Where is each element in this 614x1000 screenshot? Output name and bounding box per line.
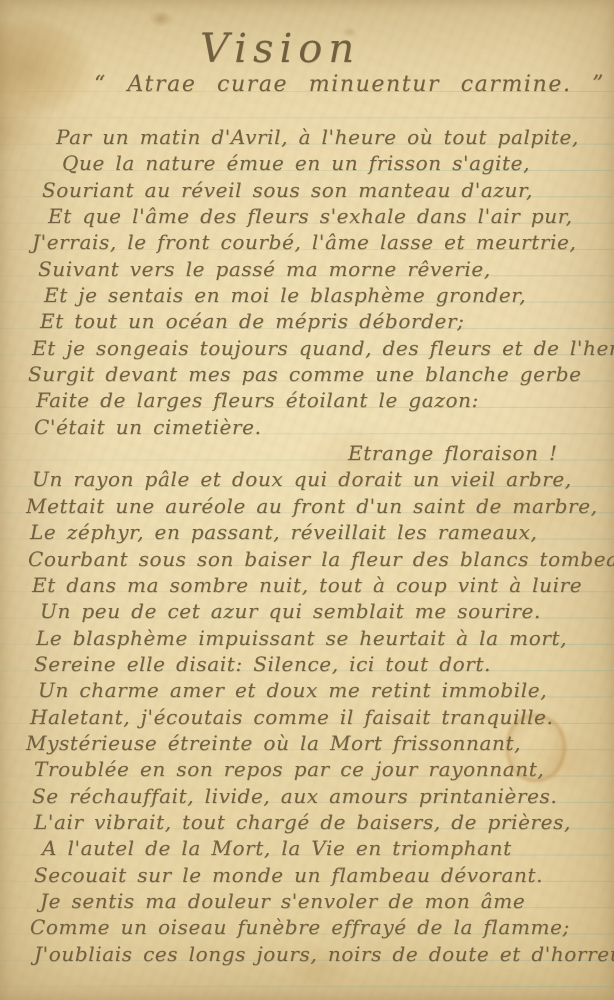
poem-title: Vision [200, 26, 360, 72]
manuscript-page: Vision “ Atrae curae minuentur carmine. … [0, 0, 614, 1000]
poem-line: Mettait une auréole au front d'un saint … [18, 493, 610, 519]
poem-line: Et que l'âme des fleurs s'exhale dans l'… [18, 203, 610, 229]
poem-line: Et tout un océan de mépris déborder; [18, 308, 610, 334]
poem-line: Un peu de cet azur qui semblait me souri… [18, 598, 610, 624]
poem-line: Par un matin d'Avril, à l'heure où tout … [18, 124, 610, 150]
poem-line: Sereine elle disait: Silence, ici tout d… [18, 651, 610, 677]
poem-line: Et je sentais en moi le blasphème gronde… [18, 282, 610, 308]
poem-line: Souriant au réveil sous son manteau d'az… [18, 177, 610, 203]
poem-line: Troublée en son repos par ce jour rayonn… [18, 756, 610, 782]
poem-line: Le blasphème impuissant se heurtait à la… [18, 625, 610, 651]
poem-line: Le zéphyr, en passant, réveillait les ra… [18, 519, 610, 545]
poem-line: Et je songeais toujours quand, des fleur… [18, 335, 610, 361]
poem-line: Un rayon pâle et doux qui dorait un viei… [18, 466, 610, 492]
poem-epigraph: “ Atrae curae minuentur carmine. ” [94, 72, 605, 97]
poem-line: Secouait sur le monde un flambeau dévora… [18, 862, 610, 888]
poem-line: Etrange floraison ! [18, 440, 610, 466]
poem-line: Je sentis ma douleur s'envoler de mon âm… [18, 888, 610, 914]
poem-line: A l'autel de la Mort, la Vie en triompha… [18, 835, 610, 861]
poem-line: Surgit devant mes pas comme une blanche … [18, 361, 610, 387]
poem-line: L'air vibrait, tout chargé de baisers, d… [18, 809, 610, 835]
poem-line: C'était un cimetière. [18, 414, 610, 440]
poem-line: Mystérieuse étreinte où la Mort frissonn… [18, 730, 610, 756]
poem-line: Se réchauffait, livide, aux amours print… [18, 783, 610, 809]
poem-line: Suivant vers le passé ma morne rêverie, [18, 256, 610, 282]
poem-body: Par un matin d'Avril, à l'heure où tout … [18, 124, 610, 967]
poem-line: Que la nature émue en un frisson s'agite… [18, 150, 610, 176]
poem-line: Courbant sous son baiser la fleur des bl… [18, 546, 610, 572]
poem-line: Haletant, j'écoutais comme il faisait tr… [18, 704, 610, 730]
poem-line: Et dans ma sombre nuit, tout à coup vint… [18, 572, 610, 598]
poem-line: J'errais, le front courbé, l'âme lasse e… [18, 229, 610, 255]
poem-line: J'oubliais ces longs jours, noirs de dou… [18, 941, 610, 967]
poem-line: Un charme amer et doux me retint immobil… [18, 677, 610, 703]
poem-line: Faite de larges fleurs étoilant le gazon… [18, 387, 610, 413]
poem-line: Comme un oiseau funèbre effrayé de la fl… [18, 914, 610, 940]
